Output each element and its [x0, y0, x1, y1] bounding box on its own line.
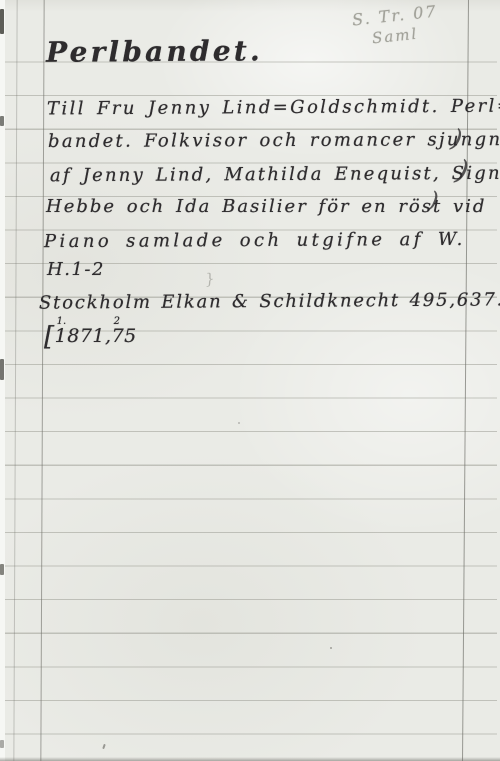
entry-line-performers-2: Hebbe och Ida Basilier för en röst vid: [46, 196, 486, 217]
binding-mark: [0, 564, 4, 575]
binding-mark: [0, 359, 4, 380]
entry-line-performers-1: af Jenny Lind, Mathilda Enequist, Signe: [50, 163, 500, 186]
entry-line-subtitle-1: bandet. Folkvisor och romancer sjungne: [48, 129, 500, 152]
year-middle-digits: 871,: [67, 325, 111, 347]
year-digit-2: 7: [112, 325, 125, 347]
ink-speck: [330, 647, 332, 649]
year-digit-group-2: 27: [112, 325, 125, 347]
binding-mark: [0, 740, 4, 748]
ink-speck: [102, 744, 106, 749]
year-superscript-2: 2: [114, 316, 120, 327]
year-open-bracket: [: [44, 322, 55, 352]
ink-speck: [238, 422, 240, 424]
binding-mark: [0, 9, 4, 34]
scan-bottom-edge: [0, 757, 500, 761]
pencil-saml-note: Saml: [371, 25, 419, 48]
left-margin-line: [40, 0, 45, 761]
pencil-shelfmark-note: S. Tr. 07: [351, 2, 438, 30]
entry-line-volumes: H.1-2: [47, 259, 105, 280]
entry-line-imprint: Stockholm Elkan & Schildknecht 495,637.: [39, 289, 500, 313]
entry-title: Perlbandet.: [46, 34, 263, 69]
stray-pen-mark: }: [204, 269, 216, 288]
year-digit-1: 1: [55, 325, 68, 347]
year-digit-group-1: 1.1: [55, 325, 68, 347]
entry-line-years: [1.1871,275: [44, 322, 137, 352]
scan-edge-strip: [0, 0, 5, 761]
entry-line-dedication: Till Fru Jenny Lind=Goldschmidt. Perl=: [47, 96, 500, 120]
entry-line-editor: Piano samlade och utgifne af W.: [44, 229, 466, 252]
year-end-digit: 5: [124, 325, 137, 347]
binding-mark: [0, 116, 4, 126]
left-margin-line-outer: [13, 0, 17, 761]
scanned-catalog-card: S. Tr. 07 Saml Perlbandet. Till Fru Jenn…: [0, 0, 500, 761]
year-superscript-1: 1.: [57, 316, 67, 327]
